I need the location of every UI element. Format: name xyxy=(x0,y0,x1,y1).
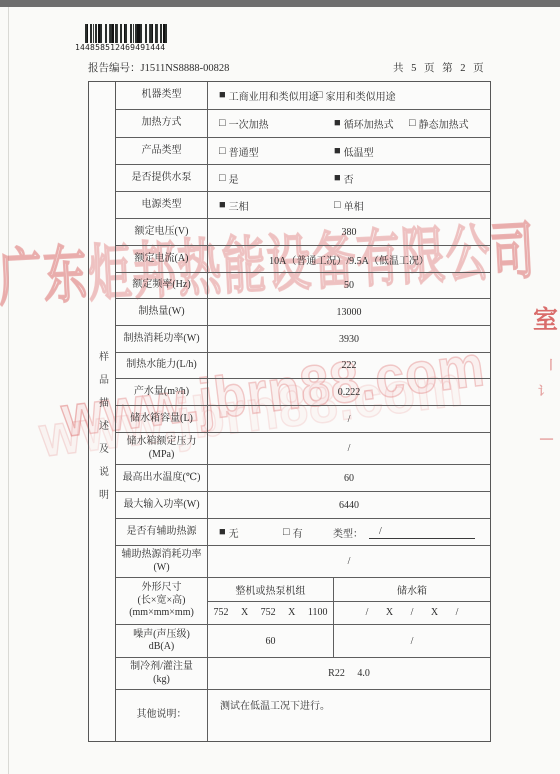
row-label: 外形尺寸 (长×宽×高) (mm×mm×mm) xyxy=(116,578,208,624)
checkbox-unchecked-icon: □ xyxy=(283,527,290,538)
row-label: 额定电压(V) xyxy=(116,219,208,245)
checkbox-checked-icon: ■ xyxy=(334,146,341,157)
side-label-column: 样品描述及说明 xyxy=(89,82,116,741)
row-value: 测试在低温工况下进行。 xyxy=(208,690,490,741)
row-value: / xyxy=(208,546,490,577)
row-value: ■三相 □单相 xyxy=(208,192,490,218)
checkbox-checked-icon: ■ xyxy=(334,118,341,129)
dim-value-tank: / X / X / xyxy=(334,602,490,625)
noise-value-tank: / xyxy=(334,625,490,657)
option-label: 低温型 xyxy=(344,144,374,159)
table-rows: 机器类型 ■工商业用和类似用途 □家用和类似用途 加热方式 □一次加热 ■循环加… xyxy=(116,82,490,741)
row-value: □普通型 ■低温型 xyxy=(208,138,490,164)
dim-header-unit: 整机或热泵机组 xyxy=(208,578,334,601)
table-row-rated-current: 额定电流(A) 10A（普通工况）/9.5A（低温工况） xyxy=(116,246,490,273)
table-row-hot-water-capacity: 制热水能力(L/h) 222 xyxy=(116,353,490,379)
option-label: 工商业用和类似用途 xyxy=(229,88,319,103)
row-label: 机器类型 xyxy=(116,82,208,109)
aux-type-label: 类型： xyxy=(333,525,363,540)
row-label: 储水箱额定压力 (MPa) xyxy=(116,433,208,464)
table-row-dimensions: 外形尺寸 (长×宽×高) (mm×mm×mm) 整机或热泵机组 储水箱 752 … xyxy=(116,578,490,625)
barcode xyxy=(85,24,168,43)
checkbox-checked-icon: ■ xyxy=(219,527,226,538)
table-row-power-type: 电源类型 ■三相 □单相 xyxy=(116,192,490,219)
row-value: 60 xyxy=(208,465,490,491)
table-row-water-pump: 是否提供水泵 □是 ■否 xyxy=(116,165,490,192)
option-label: 三相 xyxy=(229,198,249,213)
row-value: 10A（普通工况）/9.5A（低温工况） xyxy=(208,246,490,272)
sample-spec-table: 样品描述及说明 机器类型 ■工商业用和类似用途 □家用和类似用途 加热方式 □一… xyxy=(88,81,491,742)
row-label: 制热水能力(L/h) xyxy=(116,353,208,378)
side-label: 样品描述及说明 xyxy=(95,351,110,512)
row-label: 加热方式 xyxy=(116,110,208,137)
option-label: 普通型 xyxy=(229,144,259,159)
noise-value-unit: 60 xyxy=(208,625,334,657)
page-indicator: 共 5 页 第 2 页 xyxy=(393,60,486,75)
row-value: ■无 □有 类型： / xyxy=(208,519,490,545)
row-value: 13000 xyxy=(208,299,490,325)
row-value: 222 xyxy=(208,353,490,378)
option-label: 一次加热 xyxy=(229,116,269,131)
checkbox-checked-icon: ■ xyxy=(219,200,226,211)
row-label: 噪声(声压级) dB(A) xyxy=(116,625,208,657)
table-row-noise: 噪声(声压级) dB(A) 60 / xyxy=(116,625,490,658)
row-label: 储水箱容量(L) xyxy=(116,406,208,432)
table-row-heating-capacity: 制热量(W) 13000 xyxy=(116,299,490,326)
table-row-aux-power: 辅助热源消耗功率 (W) / xyxy=(116,546,490,578)
row-value: / xyxy=(208,406,490,432)
row-value: 0.222 xyxy=(208,379,490,405)
stamp-fragment: 讠 xyxy=(538,382,550,399)
table-row-refrigerant: 制冷剂/灌注量 (kg) R22 4.0 xyxy=(116,658,490,690)
dim-value-unit: 752 X 752 X 1100 xyxy=(208,602,334,625)
barcode-number: 144858512469491444 xyxy=(75,43,175,52)
table-row-aux-heat-source: 是否有辅助热源 ■无 □有 类型： / xyxy=(116,519,490,546)
row-value: □一次加热 ■循环加热式 □静态加热式 xyxy=(208,110,490,137)
row-value: 380 xyxy=(208,219,490,245)
row-label: 额定电流(A) xyxy=(116,246,208,272)
row-label: 产水量(m³/h) xyxy=(116,379,208,405)
checkbox-checked-icon: ■ xyxy=(219,90,226,101)
aux-type-value: / xyxy=(369,525,475,539)
table-row-product-type: 产品类型 □普通型 ■低温型 xyxy=(116,138,490,165)
row-value: □是 ■否 xyxy=(208,165,490,191)
option-label: 否 xyxy=(344,171,354,186)
row-value: / xyxy=(208,433,490,464)
option-label: 有 xyxy=(293,525,303,540)
option-label: 单相 xyxy=(344,198,364,213)
checkbox-unchecked-icon: □ xyxy=(219,118,226,129)
table-row-rated-frequency: 额定频率(Hz) 50 xyxy=(116,273,490,299)
table-row-heating-power-input: 制热消耗功率(W) 3930 xyxy=(116,326,490,353)
row-label: 电源类型 xyxy=(116,192,208,218)
stamp-fragment: 室 xyxy=(533,300,558,336)
report-number-label: 报告编号： xyxy=(88,63,141,74)
checkbox-unchecked-icon: □ xyxy=(334,200,341,211)
page-edge-line xyxy=(8,7,9,774)
checkbox-checked-icon: ■ xyxy=(334,173,341,184)
option-label: 循环加热式 xyxy=(344,116,394,131)
table-row-water-yield: 产水量(m³/h) 0.222 xyxy=(116,379,490,406)
table-row-heating-method: 加热方式 □一次加热 ■循环加热式 □静态加热式 xyxy=(116,110,490,138)
option-label: 家用和类似用途 xyxy=(326,88,396,103)
checkbox-unchecked-icon: □ xyxy=(219,173,226,184)
table-row-machine-type: 机器类型 ■工商业用和类似用途 □家用和类似用途 xyxy=(116,82,490,110)
stamp-fragment: 丨 xyxy=(545,356,557,373)
table-row-tank-capacity: 储水箱容量(L) / xyxy=(116,406,490,433)
dim-header-tank: 储水箱 xyxy=(334,578,490,601)
row-label: 辅助热源消耗功率 (W) xyxy=(116,546,208,577)
table-row-max-input-power: 最大输入功率(W) 6440 xyxy=(116,492,490,519)
checkbox-unchecked-icon: □ xyxy=(409,118,416,129)
row-label: 制热量(W) xyxy=(116,299,208,325)
table-row-max-outlet-temp: 最高出水温度(℃) 60 xyxy=(116,465,490,492)
row-value: 3930 xyxy=(208,326,490,352)
scanned-report-page: 144858512469491444 报告编号：J1511NS8888-0082… xyxy=(0,0,560,774)
row-label: 其他说明： xyxy=(116,690,208,741)
stamp-fragment: — xyxy=(540,430,553,446)
scan-top-band xyxy=(0,0,560,7)
checkbox-unchecked-icon: □ xyxy=(316,90,323,101)
option-label: 是 xyxy=(229,171,239,186)
checkbox-unchecked-icon: □ xyxy=(219,146,226,157)
option-label: 静态加热式 xyxy=(419,116,469,131)
table-row-other-notes: 其他说明： 测试在低温工况下进行。 xyxy=(116,690,490,741)
row-value: R22 4.0 xyxy=(208,658,490,689)
row-value: ■工商业用和类似用途 □家用和类似用途 xyxy=(208,82,490,109)
row-label: 额定频率(Hz) xyxy=(116,273,208,298)
report-number-line: 报告编号：J1511NS8888-00828 xyxy=(88,60,229,75)
row-label: 是否有辅助热源 xyxy=(116,519,208,545)
row-label: 制热消耗功率(W) xyxy=(116,326,208,352)
row-label: 制冷剂/灌注量 (kg) xyxy=(116,658,208,689)
row-value: 整机或热泵机组 储水箱 752 X 752 X 1100 / X / X / xyxy=(208,578,490,624)
option-label: 无 xyxy=(229,525,239,540)
row-label: 是否提供水泵 xyxy=(116,165,208,191)
row-label: 最大输入功率(W) xyxy=(116,492,208,518)
report-number: J1511NS8888-00828 xyxy=(141,63,230,74)
row-value: 6440 xyxy=(208,492,490,518)
row-value: 50 xyxy=(208,273,490,298)
row-value: 60 / xyxy=(208,625,490,657)
table-row-rated-voltage: 额定电压(V) 380 xyxy=(116,219,490,246)
row-label: 产品类型 xyxy=(116,138,208,164)
table-row-tank-rated-pressure: 储水箱额定压力 (MPa) / xyxy=(116,433,490,465)
row-label: 最高出水温度(℃) xyxy=(116,465,208,491)
